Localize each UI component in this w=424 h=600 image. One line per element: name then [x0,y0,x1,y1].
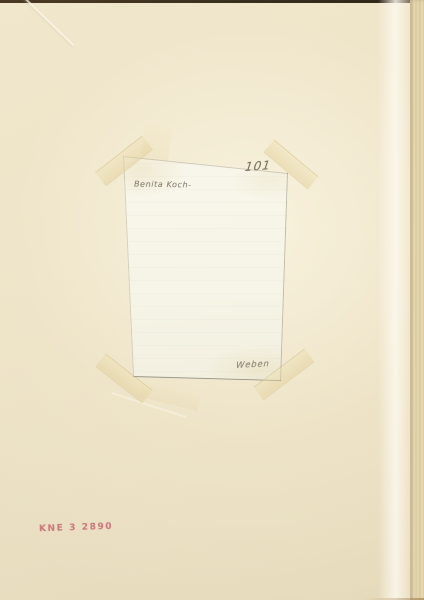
page-crease-top-left [23,0,75,46]
note-inscription: Weben [236,359,270,371]
mounted-card [100,150,292,386]
book-page-edges [410,0,424,600]
inventory-number-stamp: KNE 3 2890 [39,522,114,535]
album-page-scan: 101 Benita Koch- Weben KNE 3 2890 [0,0,424,600]
page-number-inscription: 101 [244,158,272,174]
scan-top-edge [0,0,424,3]
artist-inscription: Benita Koch- [134,179,192,189]
page-curl-highlight [378,0,410,600]
